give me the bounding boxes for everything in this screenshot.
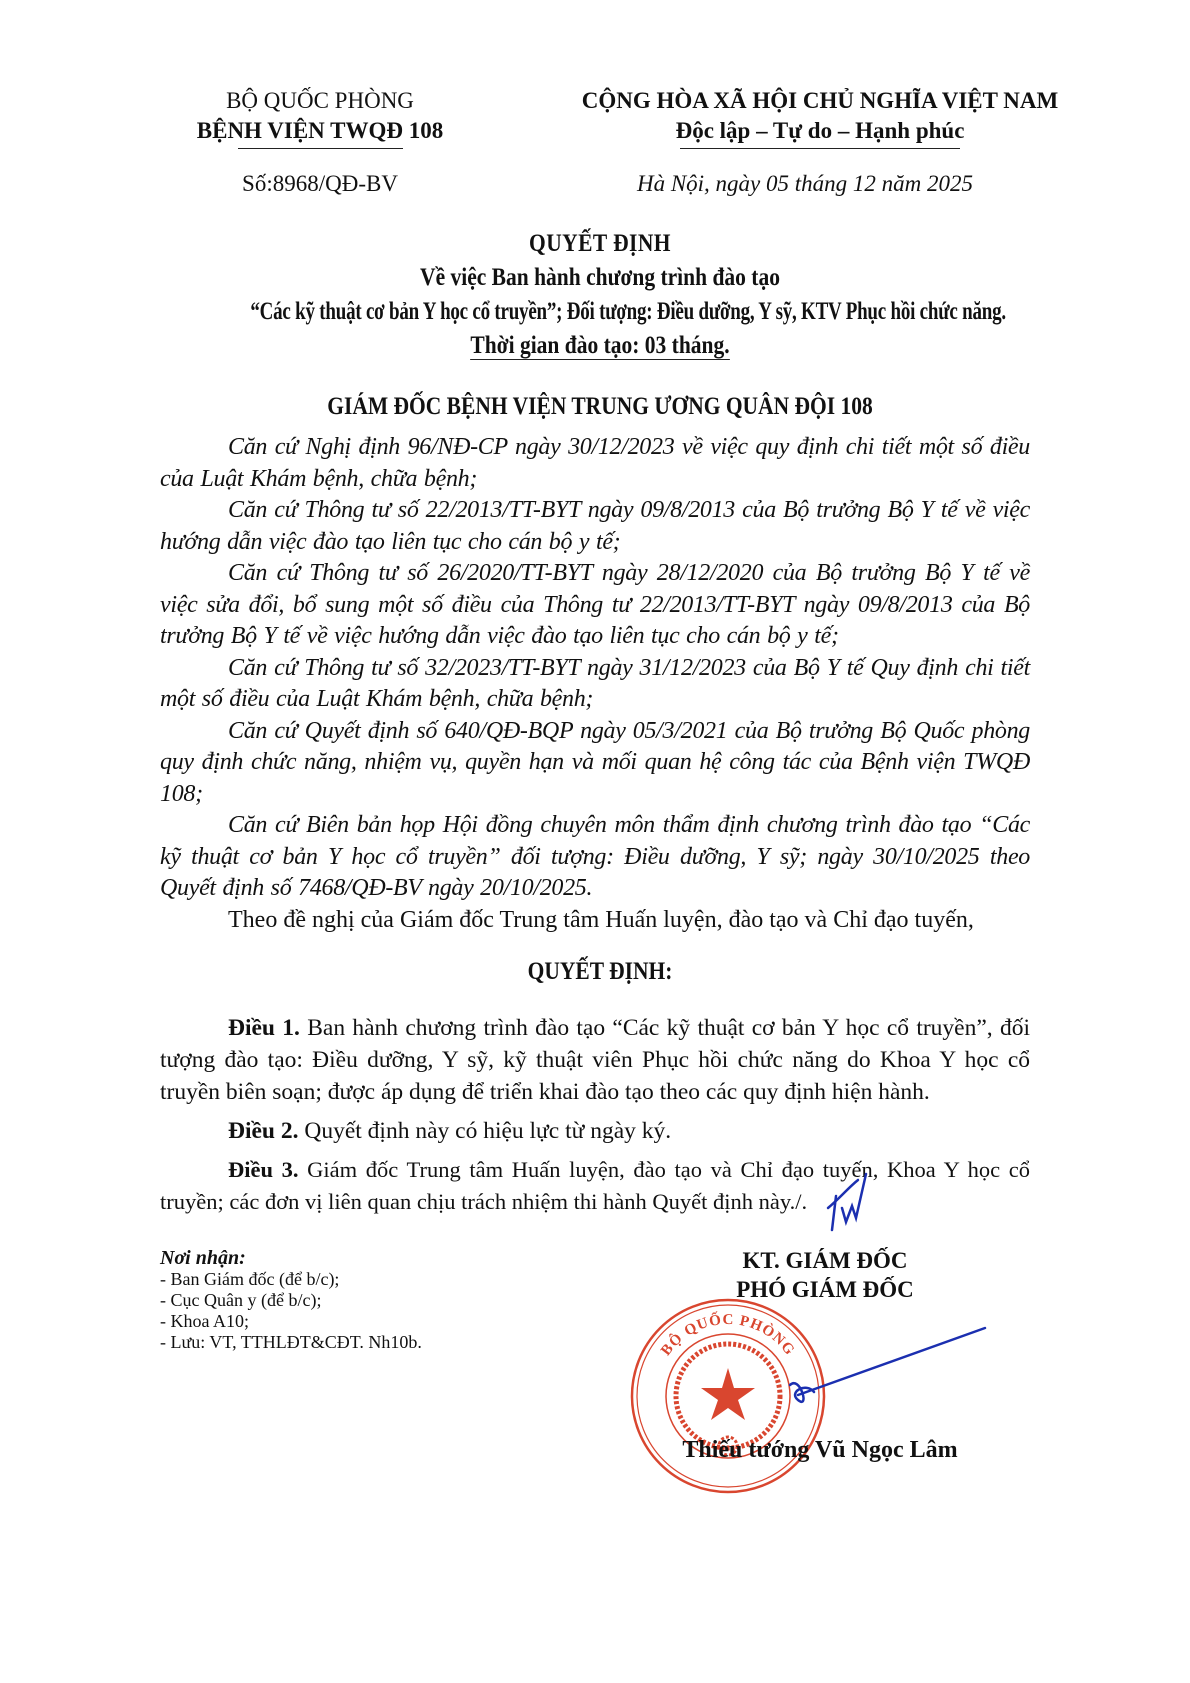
signature-ink-icon bbox=[770, 1160, 1010, 1460]
title-duration: Thời gian đào tạo: 03 tháng. bbox=[204, 329, 995, 363]
decision-heading: QUYẾT ĐỊNH: bbox=[204, 958, 995, 986]
signer-name: Thiếu tướng Vũ Ngọc Lâm bbox=[660, 1437, 980, 1464]
proposal-line: Theo đề nghị của Giám đốc Trung tâm Huấn… bbox=[160, 905, 1030, 937]
ground-item: Căn cứ Nghị định 96/NĐ-CP ngày 30/12/202… bbox=[160, 432, 1030, 495]
ground-item: Căn cứ Thông tư số 32/2023/TT-BYT ngày 3… bbox=[160, 653, 1030, 716]
place-date: Hà Nội, ngày 05 tháng 12 năm 2025 bbox=[490, 171, 1120, 197]
article-1: Điều 1. Ban hành chương trình đào tạo “C… bbox=[160, 1012, 1030, 1108]
ministry-name: BỘ QUỐC PHÒNG bbox=[150, 86, 490, 116]
recipient-item: - Khoa A10; bbox=[160, 1311, 580, 1332]
recipient-item: - Cục Quân y (để b/c); bbox=[160, 1290, 580, 1311]
hospital-name: BỆNH VIỆN TWQĐ 108 bbox=[150, 116, 490, 146]
document-number: Số:8968/QĐ-BV bbox=[150, 171, 490, 197]
recipients: Nơi nhận: - Ban Giám đốc (để b/c); - Cục… bbox=[160, 1248, 580, 1353]
issuer-block: BỘ QUỐC PHÒNG BỆNH VIỆN TWQĐ 108 Số:8968… bbox=[150, 86, 490, 197]
recipient-item: - Ban Giám đốc (để b/c); bbox=[160, 1269, 580, 1290]
recipients-heading: Nơi nhận: bbox=[160, 1248, 580, 1269]
ground-item: Căn cứ Biên bản họp Hội đồng chuyên môn … bbox=[160, 810, 1030, 905]
title-program: “Các kỹ thuật cơ bản Y học cổ truyền”; Đ… bbox=[250, 295, 949, 329]
ground-item: Căn cứ Thông tư số 22/2013/TT-BYT ngày 0… bbox=[160, 495, 1030, 558]
issuing-authority: GIÁM ĐỐC BỆNH VIỆN TRUNG ƯƠNG QUÂN ĐỘI 1… bbox=[204, 393, 995, 421]
recipient-item: - Lưu: VT, TTHLĐT&CĐT. Nh10b. bbox=[160, 1332, 580, 1353]
motto-underline bbox=[680, 148, 960, 149]
article-2: Điều 2. Quyết định này có hiệu lực từ ng… bbox=[160, 1115, 1030, 1147]
national-header: CỘNG HÒA XÃ HỘI CHỦ NGHĨA VIỆT NAM Độc l… bbox=[520, 86, 1120, 197]
title-heading: QUYẾT ĐỊNH bbox=[204, 227, 995, 261]
issuer-underline bbox=[238, 148, 403, 149]
decision-title: QUYẾT ĐỊNH Về việc Ban hành chương trình… bbox=[140, 227, 1060, 363]
title-subject: Về việc Ban hành chương trình đào tạo bbox=[204, 261, 995, 295]
national-motto: Độc lập – Tự do – Hạnh phúc bbox=[520, 116, 1120, 146]
ground-item: Căn cứ Quyết định số 640/QĐ-BQP ngày 05/… bbox=[160, 716, 1030, 811]
legal-grounds: Căn cứ Nghị định 96/NĐ-CP ngày 30/12/202… bbox=[160, 432, 1030, 936]
republic-name: CỘNG HÒA XÃ HỘI CHỦ NGHĨA VIỆT NAM bbox=[520, 86, 1120, 116]
ground-item: Căn cứ Thông tư số 26/2020/TT-BYT ngày 2… bbox=[160, 558, 1030, 653]
